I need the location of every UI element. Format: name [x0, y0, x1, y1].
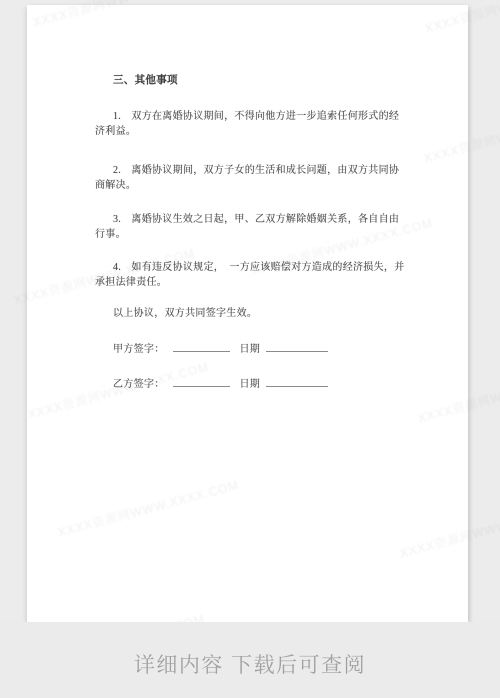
- party-b-date-line: [266, 376, 328, 387]
- clause-2: 2. 离婚协议期间，双方子女的生活和成长问题，由双方共同协商解决。: [95, 163, 408, 193]
- document-page: 三、其他事项 1. 双方在离婚协议期间，不得向他方进一步追索任何形式的经济利益。…: [27, 5, 468, 622]
- party-a-signature-line: [173, 341, 230, 352]
- party-b-date-label: 日期: [240, 379, 261, 390]
- section-title: 三、其他事项: [95, 73, 408, 88]
- clause-4: 4. 如有违反协议规定， 一方应该赔偿对方造成的经济损失，并承担法律责任。: [95, 260, 408, 290]
- party-a-signature-label: 甲方签字：: [113, 344, 165, 355]
- party-b-signature-line: [173, 376, 230, 387]
- preview-screen: 三、其他事项 1. 双方在离婚协议期间，不得向他方进一步追索任何形式的经济利益。…: [0, 0, 500, 698]
- footer-bar: 详细内容 下载后可查阅: [0, 622, 500, 698]
- clause-1: 1. 双方在离婚协议期间，不得向他方进一步追索任何形式的经济利益。: [95, 109, 408, 139]
- document-preview-area: 三、其他事项 1. 双方在离婚协议期间，不得向他方进一步追索任何形式的经济利益。…: [0, 0, 500, 622]
- clause-3: 3. 离婚协议生效之日起，甲、乙双方解除婚姻关系，各自自由行事。: [95, 212, 408, 242]
- signature-row-party-b: 乙方签字：日期: [95, 376, 408, 392]
- party-a-date-label: 日期: [240, 344, 261, 355]
- party-b-signature-label: 乙方签字：: [113, 379, 165, 390]
- closing-line: 以上协议，双方共同签字生效。: [95, 306, 408, 321]
- party-a-date-line: [266, 341, 328, 352]
- footer-notice: 详细内容 下载后可查阅: [134, 649, 366, 679]
- signature-row-party-a: 甲方签字：日期: [95, 341, 408, 357]
